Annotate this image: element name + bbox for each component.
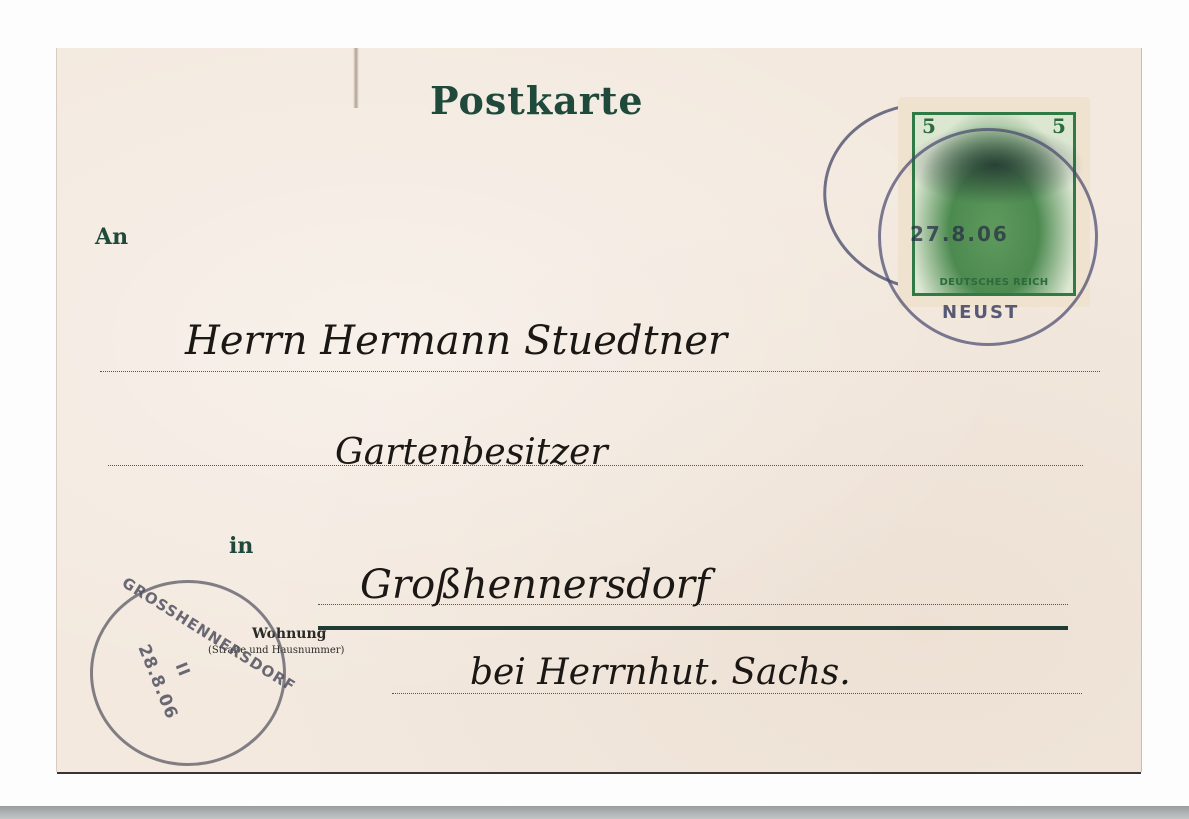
handwritten-residence: bei Herrnhut. Sachs.	[470, 652, 851, 693]
postcard-title: Postkarte	[430, 78, 644, 123]
departure-postmark-place: NEUST	[942, 302, 1019, 323]
handwritten-occupation: Gartenbesitzer	[335, 432, 608, 473]
address-label: An	[95, 224, 128, 250]
handwritten-recipient: Herrn Hermann Stuedtner	[185, 318, 727, 364]
paper-crease	[353, 48, 359, 108]
place-underline	[318, 626, 1068, 630]
handwritten-place: Großhennersdorf	[360, 562, 710, 608]
place-label: in	[229, 533, 253, 559]
residence-line	[392, 693, 1082, 694]
scanner-bed-strip	[0, 806, 1189, 819]
departure-postmark-date: 27.8.06	[910, 222, 1009, 246]
address-line-1	[100, 371, 1100, 372]
